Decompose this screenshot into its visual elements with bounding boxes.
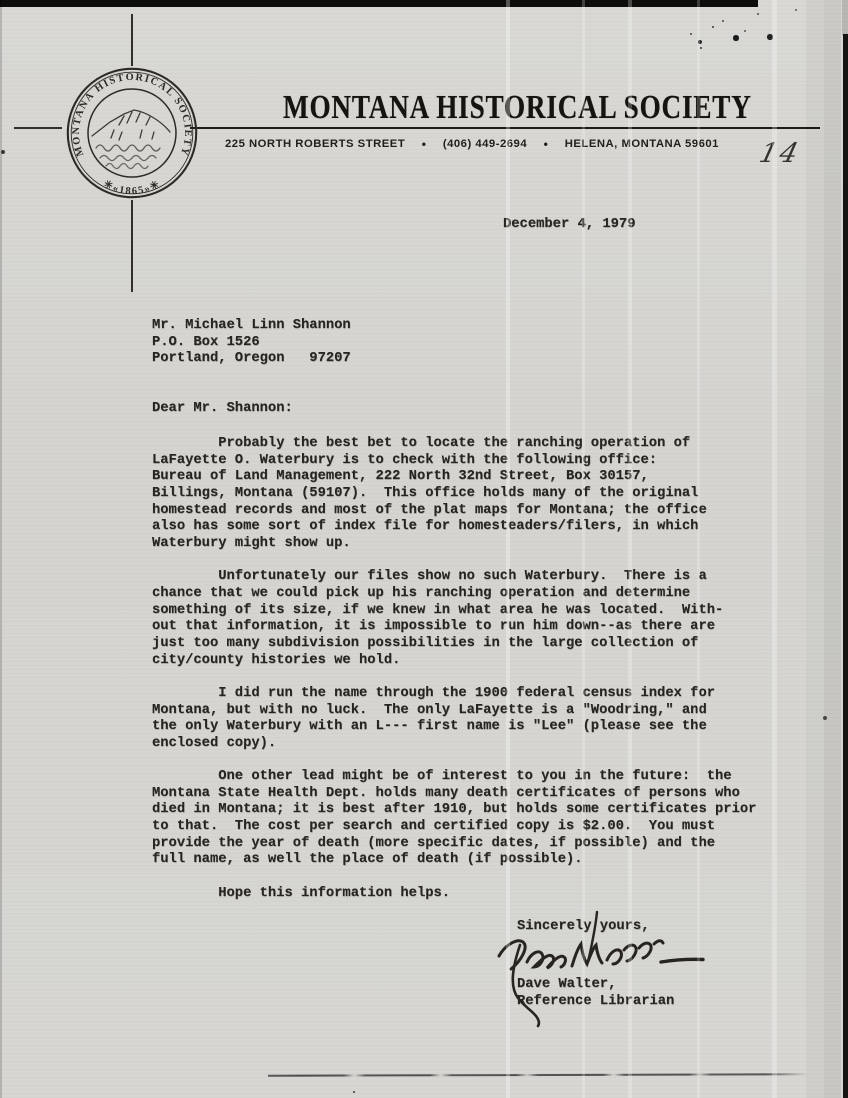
handwritten-signature [480, 902, 730, 1032]
registration-mark-horizontal-left [14, 127, 62, 129]
org-address-line: 225 NORTH ROBERTS STREET • (406) 449-269… [225, 137, 719, 151]
org-street: 225 NORTH ROBERTS STREET [225, 138, 405, 150]
recipient-address: Mr. Michael Linn Shannon P.O. Box 1526 P… [152, 318, 351, 368]
seal-mountain-art [92, 110, 170, 169]
bullet-separator-icon: • [422, 137, 427, 151]
scan-edge-top [0, 0, 758, 7]
seal-year: 1865 [118, 185, 146, 198]
historical-society-seal-icon: MONTANA HISTORICAL SOCIETY ✳«1865»✳ [62, 64, 202, 204]
letter-date: December 4, 1979 [503, 217, 635, 234]
bullet-separator-icon: • [544, 137, 549, 151]
org-title: MONTANA HISTORICAL SOCIETY [235, 91, 715, 127]
org-phone: (406) 449-2694 [443, 138, 527, 150]
scan-artifact-line [268, 1073, 808, 1076]
registration-mark-vertical-bottom [131, 200, 133, 292]
handwritten-page-number: 14 [756, 138, 804, 169]
registration-mark-vertical-top [131, 14, 133, 66]
scanned-letter-page: MONTANA HISTORICAL SOCIETY ✳«1865»✳ MONT… [0, 0, 848, 1098]
org-city: HELENA, MONTANA 59601 [565, 138, 719, 150]
scan-edge-right-top [842, 0, 848, 36]
scan-edge-left [0, 0, 2, 1098]
signature-block: Dave Walter, Reference Librarian [517, 977, 674, 1010]
salutation: Dear Mr. Shannon: [152, 401, 293, 418]
letter-body: Probably the best bet to locate the ranc… [152, 436, 756, 902]
org-title-text: MONTANA HISTORICAL SOCIETY [283, 91, 667, 125]
ink-specks [0, 0, 2, 2]
scan-edge-right [843, 34, 848, 1098]
